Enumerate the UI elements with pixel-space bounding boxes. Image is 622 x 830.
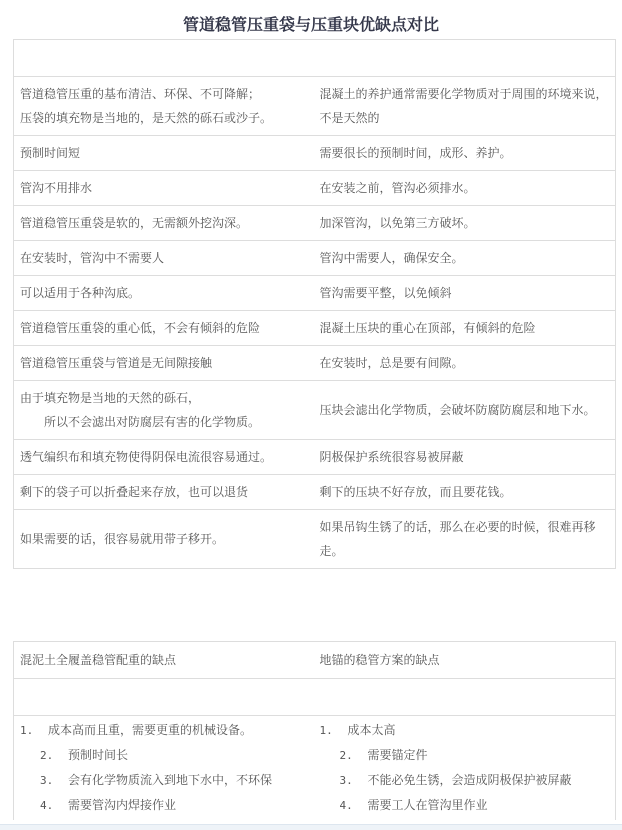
table-row-empty — [14, 679, 616, 716]
cell-text: 如果吊钩生锈了的话，那么在必要的时候，很难再移走。 — [320, 520, 596, 558]
cell-text: 混凝土压块的重心在顶部，有倾斜的危险 — [320, 321, 536, 335]
list-text: 不能必免生锈，会造成阴极保护被屏蔽 — [368, 773, 572, 787]
table-cell — [314, 679, 616, 716]
list-number: 1. — [20, 719, 48, 743]
cell-text: 预制时间短 — [20, 146, 80, 160]
cell-text: 压块会滤出化学物质，会破坏防腐防腐层和地下水。 — [320, 403, 596, 417]
table-cell-right: 在安装之前，管沟必须排水。 — [314, 171, 616, 206]
cell-text: 管沟中需要人，确保安全。 — [320, 251, 464, 265]
list-text: 需要管沟内焊接作业 — [68, 798, 176, 812]
table-row: 透气编织布和填充物使得阴保电流很容易通过。 阴极保护系统很容易被屏蔽 — [14, 440, 616, 475]
table-cell-left: 透气编织布和填充物使得阴保电流很容易通过。 — [14, 440, 314, 475]
table-cell — [14, 40, 314, 77]
table-row: 管道稳管压重袋与管道是无间隙接触 在安装时，总是要有间隙。 — [14, 346, 616, 381]
table-cell-left: 可以适用于各种沟底。 — [14, 276, 314, 311]
table-row: 预制时间短 需要很长的预制时间，成形、养护。 — [14, 136, 616, 171]
disadvantages-table: 混泥土全履盖稳管配重的缺点 地锚的稳管方案的缺点 1.成本高而且重，需要更重的机… — [13, 641, 616, 820]
list-number: 3. — [340, 769, 368, 793]
table-cell-left: 管道稳管压重袋的重心低，不会有倾斜的危险 — [14, 311, 314, 346]
list-number: 1. — [320, 719, 348, 743]
list-text: 需要锚定件 — [368, 748, 428, 762]
cell-text: 阴极保护系统很容易被屏蔽 — [320, 450, 464, 464]
list-item: 2.预制时间长 — [20, 743, 308, 768]
table-cell-left: 由于填充物是当地的天然的砾石， 所以不会滤出对防腐层有害的化学物质。 — [14, 381, 314, 440]
table-cell-left: 管沟不用排水 — [14, 171, 314, 206]
table-cell-left: 管道稳管压重袋是软的，无需额外挖沟深。 — [14, 206, 314, 241]
table-cell-left: 管道稳管压重的基布清洁、环保、不可降解； 压袋的填充物是当地的，是天然的砾石或沙… — [14, 77, 314, 136]
table-cell-left: 预制时间短 — [14, 136, 314, 171]
list-number: 2. — [40, 744, 68, 768]
table-row: 管道稳管压重的基布清洁、环保、不可降解； 压袋的填充物是当地的，是天然的砾石或沙… — [14, 77, 616, 136]
list-number: 3. — [40, 769, 68, 793]
cell-text: 管道稳管压重袋的重心低，不会有倾斜的危险 — [20, 321, 260, 335]
table-row: 管沟不用排水 在安装之前，管沟必须排水。 — [14, 171, 616, 206]
table-cell-right: 阴极保护系统很容易被屏蔽 — [314, 440, 616, 475]
bottom-bar — [0, 824, 622, 830]
page-title: 管道稳管压重袋与压重块优缺点对比 — [0, 12, 622, 35]
table-cell — [314, 40, 616, 77]
list-item: 4.需要工人在管沟里作业 — [320, 793, 610, 818]
table-cell-right: 需要很长的预制时间，成形、养护。 — [314, 136, 616, 171]
cell-text: 在安装之前，管沟必须排水。 — [320, 181, 476, 195]
list-item: 1.成本太高 — [320, 718, 610, 743]
cell-text: 所以不会滤出对防腐层有害的化学物质。 — [20, 410, 260, 434]
table-row: 管道稳管压重袋是软的，无需额外挖沟深。 加深管沟，以免第三方破坏。 — [14, 206, 616, 241]
table-cell-right: 混凝土的养护通常需要化学物质对于周围的环境来说，不是天然的 — [314, 77, 616, 136]
table-cell-right: 管沟需要平整，以免倾斜 — [314, 276, 616, 311]
table-row: 由于填充物是当地的天然的砾石， 所以不会滤出对防腐层有害的化学物质。 压块会滤出… — [14, 381, 616, 440]
table-row: 如果需要的话，很容易就用带子移开。 如果吊钩生锈了的话，那么在必要的时候，很难再… — [14, 510, 616, 569]
cell-text: 管道稳管压重袋是软的，无需额外挖沟深。 — [20, 216, 248, 230]
cell-text: 管沟不用排水 — [20, 181, 92, 195]
table-cell-right: 如果吊钩生锈了的话，那么在必要的时候，很难再移走。 — [314, 510, 616, 569]
cell-text: 需要很长的预制时间，成形、养护。 — [320, 146, 512, 160]
list-item: 3.会有化学物质流入到地下水中，不环保 — [20, 768, 308, 793]
table-cell-right: 压块会滤出化学物质，会破坏防腐防腐层和地下水。 — [314, 381, 616, 440]
cell-text: 透气编织布和填充物使得阴保电流很容易通过。 — [20, 450, 272, 464]
left-list: 1.成本高而且重，需要更重的机械设备。 2.预制时间长 3.会有化学物质流入到地… — [14, 716, 314, 821]
table-cell-left: 在安装时，管沟中不需要人 — [14, 241, 314, 276]
comparison-table: 管道稳管压重的基布清洁、环保、不可降解； 压袋的填充物是当地的，是天然的砾石或沙… — [13, 39, 616, 569]
left-header: 混泥土全履盖稳管配重的缺点 — [14, 642, 314, 679]
list-text: 会有化学物质流入到地下水中，不环保 — [68, 773, 272, 787]
list-text: 成本太高 — [348, 723, 396, 737]
list-item: 2.需要锚定件 — [320, 743, 610, 768]
list-item: 1.成本高而且重，需要更重的机械设备。 — [20, 718, 308, 743]
list-item: 4.需要管沟内焊接作业 — [20, 793, 308, 818]
table-cell-right: 混凝土压块的重心在顶部，有倾斜的危险 — [314, 311, 616, 346]
table-cell-right: 管沟中需要人，确保安全。 — [314, 241, 616, 276]
list-text: 成本高而且重，需要更重的机械设备。 — [48, 723, 252, 737]
cell-text: 压袋的填充物是当地的，是天然的砾石或沙子。 — [20, 111, 272, 125]
table-cell — [14, 679, 314, 716]
right-header: 地锚的稳管方案的缺点 — [314, 642, 616, 679]
table-cell-right: 在安装时，总是要有间隙。 — [314, 346, 616, 381]
table-cell-left: 剩下的袋子可以折叠起来存放，也可以退货 — [14, 475, 314, 510]
list-text: 需要工人在管沟里作业 — [368, 798, 488, 812]
table-row-empty — [14, 40, 616, 77]
cell-text: 在安装时，总是要有间隙。 — [320, 356, 464, 370]
list-number: 2. — [340, 744, 368, 768]
cell-text: 如果需要的话，很容易就用带子移开。 — [20, 532, 224, 546]
table-row: 在安装时，管沟中不需要人 管沟中需要人，确保安全。 — [14, 241, 616, 276]
list-item: 3.不能必免生锈，会造成阴极保护被屏蔽 — [320, 768, 610, 793]
table-cell-left: 管道稳管压重袋与管道是无间隙接触 — [14, 346, 314, 381]
right-list: 1.成本太高 2.需要锚定件 3.不能必免生锈，会造成阴极保护被屏蔽 4.需要工… — [314, 716, 616, 821]
list-text: 预制时间长 — [68, 748, 128, 762]
cell-text: 可以适用于各种沟底。 — [20, 286, 140, 300]
table-cell-right: 剩下的压块不好存放，而且要花钱。 — [314, 475, 616, 510]
cell-text: 管道稳管压重袋与管道是无间隙接触 — [20, 356, 212, 370]
cell-text: 管道稳管压重的基布清洁、环保、不可降解； — [20, 87, 260, 101]
cell-text: 剩下的袋子可以折叠起来存放，也可以退货 — [20, 485, 248, 499]
table-row: 1.成本高而且重，需要更重的机械设备。 2.预制时间长 3.会有化学物质流入到地… — [14, 716, 616, 821]
list-number: 4. — [40, 794, 68, 818]
table-row: 可以适用于各种沟底。 管沟需要平整，以免倾斜 — [14, 276, 616, 311]
table-header-row: 混泥土全履盖稳管配重的缺点 地锚的稳管方案的缺点 — [14, 642, 616, 679]
table-row: 剩下的袋子可以折叠起来存放，也可以退货 剩下的压块不好存放，而且要花钱。 — [14, 475, 616, 510]
cell-text: 由于填充物是当地的天然的砾石， — [20, 391, 200, 405]
list-number: 4. — [340, 794, 368, 818]
cell-text: 在安装时，管沟中不需要人 — [20, 251, 164, 265]
cell-text: 剩下的压块不好存放，而且要花钱。 — [320, 485, 512, 499]
table-cell-left: 如果需要的话，很容易就用带子移开。 — [14, 510, 314, 569]
cell-text: 混凝土的养护通常需要化学物质对于周围的环境来说，不是天然的 — [320, 87, 608, 125]
cell-text: 加深管沟，以免第三方破坏。 — [320, 216, 476, 230]
table-row: 管道稳管压重袋的重心低，不会有倾斜的危险 混凝土压块的重心在顶部，有倾斜的危险 — [14, 311, 616, 346]
cell-text: 管沟需要平整，以免倾斜 — [320, 286, 452, 300]
table-cell-right: 加深管沟，以免第三方破坏。 — [314, 206, 616, 241]
